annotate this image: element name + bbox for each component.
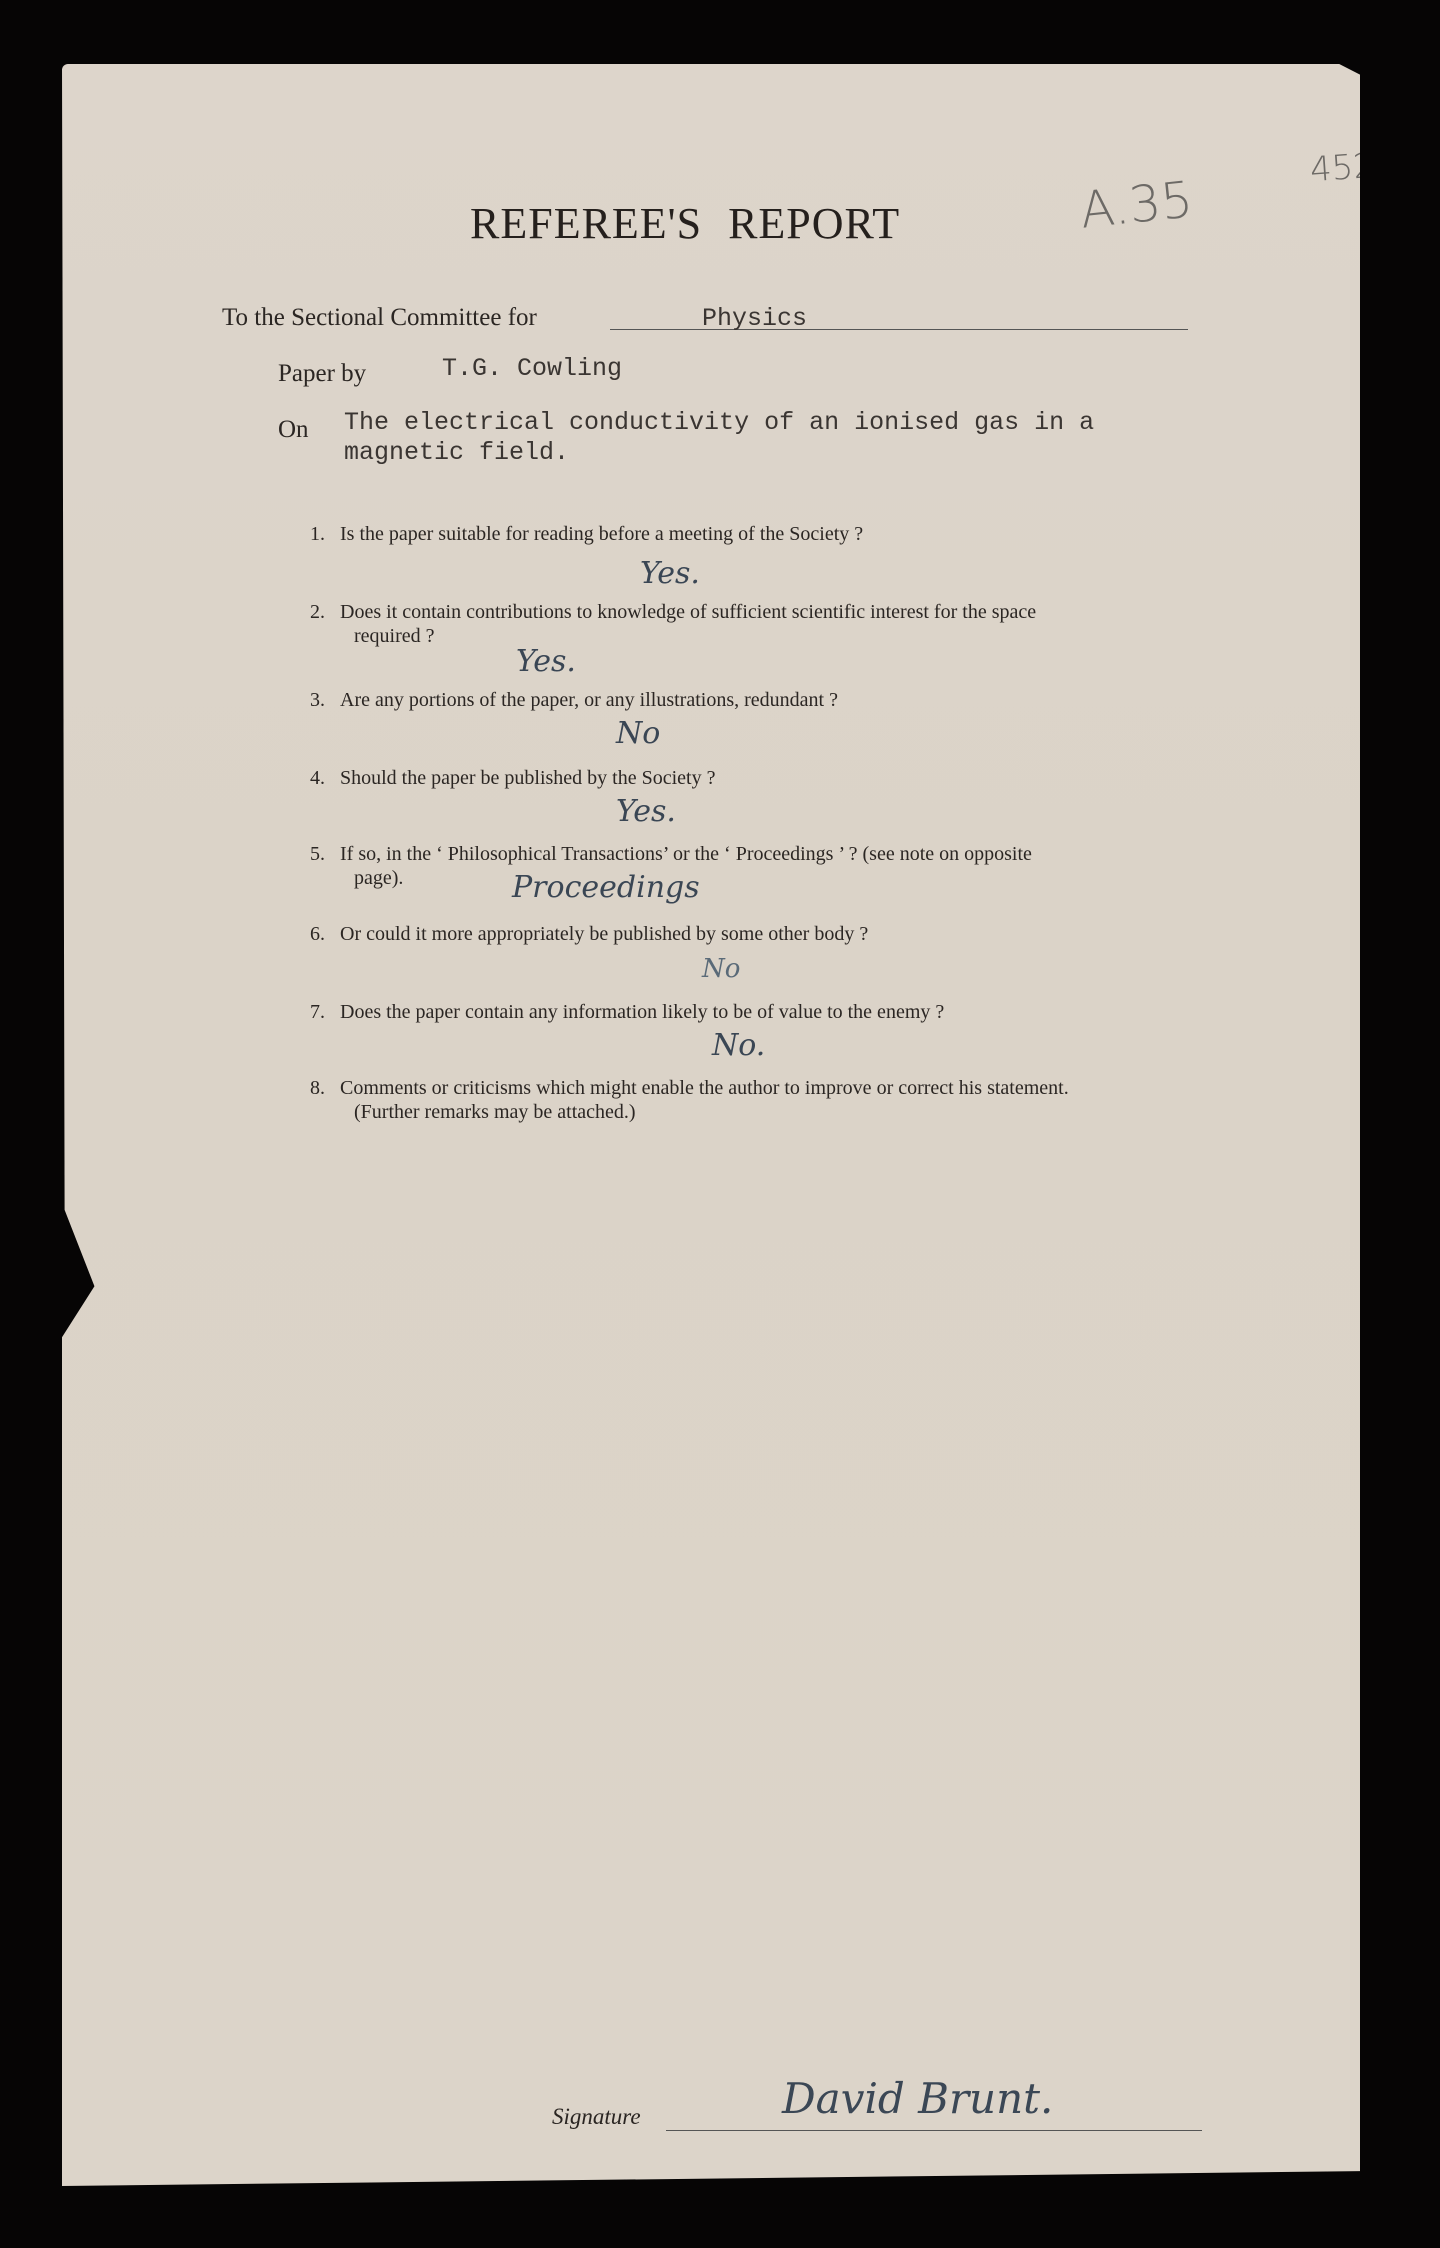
- committee-underline: [610, 329, 1188, 330]
- question-1: 1.Is the paper suitable for reading befo…: [310, 522, 863, 546]
- answer-3: No: [616, 716, 660, 751]
- folio-number: 452: [1309, 146, 1377, 190]
- question-2: 2.Does it contain contributions to knowl…: [310, 600, 1036, 624]
- signature-value: David Brunt.: [782, 2074, 1053, 2123]
- question-6: 6.Or could it more appropriately be publ…: [310, 922, 868, 946]
- answer-7: No.: [712, 1028, 765, 1063]
- subject-line-1: The electrical conductivity of an ionise…: [344, 408, 1094, 437]
- subject-label: On: [278, 416, 309, 444]
- signature-underline: [666, 2130, 1202, 2131]
- answer-6: No: [702, 954, 740, 984]
- author-value: T.G. Cowling: [442, 354, 622, 383]
- question-5-cont: page).: [354, 866, 403, 890]
- referee-report-page: A.35 452 REFEREE'S REPORT To the Section…: [62, 64, 1360, 2186]
- answer-5: Proceedings: [512, 870, 700, 905]
- question-5: 5.If so, in the ‘ Philosophical Transact…: [310, 842, 1032, 866]
- answer-1: Yes.: [640, 556, 700, 591]
- author-label: Paper by: [278, 360, 366, 388]
- signature-label: Signature: [552, 2104, 641, 2130]
- committee-value: Physics: [702, 304, 807, 333]
- question-2-cont: required ?: [354, 624, 435, 648]
- question-7: 7.Does the paper contain any information…: [310, 1000, 944, 1024]
- answer-4: Yes.: [616, 794, 676, 829]
- question-8: 8.Comments or criticisms which might ena…: [310, 1076, 1069, 1100]
- committee-label: To the Sectional Committee for: [222, 304, 537, 332]
- question-4: 4.Should the paper be published by the S…: [310, 766, 715, 790]
- subject-line-2: magnetic field.: [344, 438, 569, 467]
- page-title: REFEREE'S REPORT: [470, 198, 900, 249]
- question-8-cont: (Further remarks may be attached.): [354, 1100, 636, 1124]
- question-3: 3.Are any portions of the paper, or any …: [310, 688, 838, 712]
- answer-2: Yes.: [516, 644, 576, 679]
- archive-reference-mark: A.35: [1077, 170, 1195, 239]
